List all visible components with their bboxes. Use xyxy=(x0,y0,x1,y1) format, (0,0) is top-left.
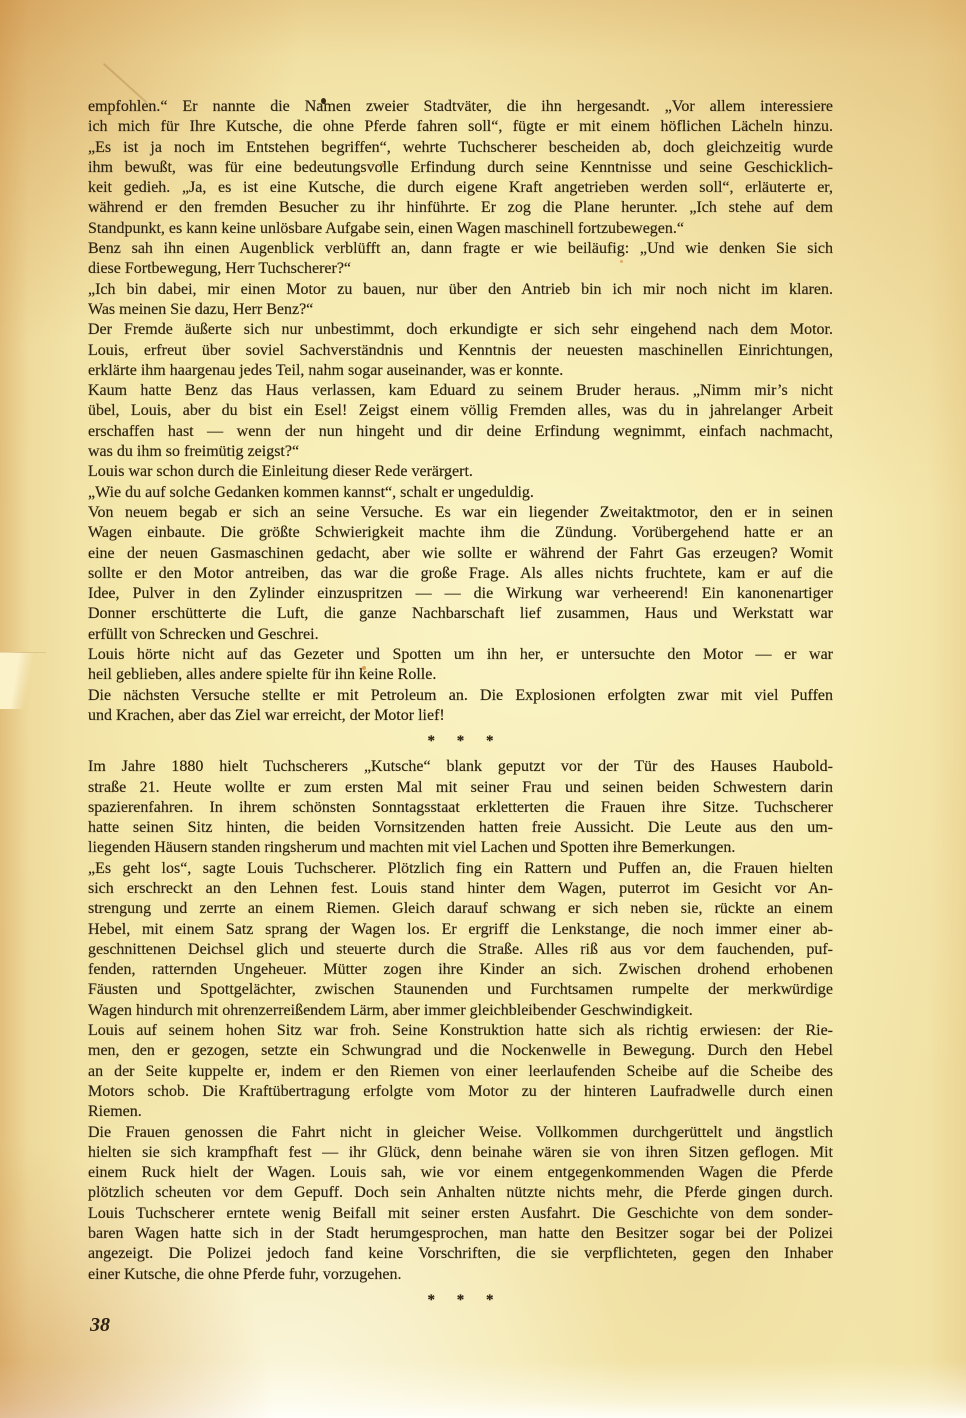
text-line: Louis, erfreut über soviel Sachverständn… xyxy=(88,341,833,361)
text-line: Louis hörte nicht auf das Gezeter und Sp… xyxy=(88,645,833,665)
text-line: Riemen. xyxy=(88,1102,833,1122)
text-line: Idee, Pulver in den Zylinder einzuspritz… xyxy=(88,584,833,604)
text-line: angezeigt. Die Polizei jedoch fand keine… xyxy=(88,1244,833,1264)
text-line: „Wie du auf solche Gedanken kommen kanns… xyxy=(88,483,833,503)
asterisk-separator-1: * * * xyxy=(88,732,833,750)
text-line: Was meinen Sie dazu, Herr Benz?“ xyxy=(88,300,833,320)
scanned-book-page: empfohlen.“ Er nannte die Namen zweier S… xyxy=(0,0,966,1418)
text-line: Hebel, mit einem Satz sprang der Wagen l… xyxy=(88,920,833,940)
text-line: empfohlen.“ Er nannte die Namen zweier S… xyxy=(88,97,833,117)
text-line: „Ich bin dabei, mir einen Motor zu bauen… xyxy=(88,280,833,300)
text-line: Der Fremde äußerte sich nur unbestimmt, … xyxy=(88,320,833,340)
text-line: Benz sah ihn einen Augenblick verblüfft … xyxy=(88,239,833,259)
text-line: „Es ist ja noch im Entstehen begriffen“,… xyxy=(88,138,833,158)
text-line: Im Jahre 1880 hielt Tuchscherers „Kutsch… xyxy=(88,757,833,777)
edge-tear xyxy=(0,652,46,709)
text-line: erschaffen hast — wenn der nun hingeht u… xyxy=(88,422,833,442)
text-line: an der Seite kuppelte er, indem er den R… xyxy=(88,1062,833,1082)
text-line: einer Kutsche, die ohne Pferde fuhr, vor… xyxy=(88,1265,833,1285)
text-line: keit gedieh. „Ja, es ist eine Kutsche, d… xyxy=(88,178,833,198)
text-line: straße 21. Heute wollte er zum ersten Ma… xyxy=(88,778,833,798)
text-line: erklärte ihm haargenau jedes Teil, nahm … xyxy=(88,361,833,381)
text-line: erfüllt von Schrecken und Geschrei. xyxy=(88,625,833,645)
text-line: ich mich für Ihre Kutsche, die ohne Pfer… xyxy=(88,117,833,137)
story-section-2: Im Jahre 1880 hielt Tuchscherers „Kutsch… xyxy=(88,757,833,1285)
story-section-1: empfohlen.“ Er nannte die Namen zweier S… xyxy=(88,97,833,726)
text-line: einem Ruck hielt der Wagen. Louis sah, w… xyxy=(88,1163,833,1183)
text-line: ihm bewußt, was für eine bedeutungsvolle… xyxy=(88,158,833,178)
text-line: strengung und zerrte an einem Riemen. Gl… xyxy=(88,899,833,919)
text-line: Louis auf seinem hohen Sitz war froh. Se… xyxy=(88,1021,833,1041)
text-line: hielten sie sich krampfhaft fest — ihr G… xyxy=(88,1143,833,1163)
text-line: Motors schob. Die Kraftübertragung erfol… xyxy=(88,1082,833,1102)
text-line: Louis war schon durch die Einleitung die… xyxy=(88,462,833,482)
text-line: plötzlich scheuten vor dem Gepuff. Doch … xyxy=(88,1183,833,1203)
text-line: Von neuem begab er sich an seine Versuch… xyxy=(88,503,833,523)
text-line: diese Fortbewegung, Herr Tuchscherer?“ xyxy=(88,259,833,279)
text-line: Fäusten und Spottgelächter, zwischen Sta… xyxy=(88,980,833,1000)
text-line: Kaum hatte Benz das Haus verlassen, kam … xyxy=(88,381,833,401)
text-line: liegenden Häusern standen ringsherum und… xyxy=(88,838,833,858)
text-line: was du ihm so freimütig zeigst?“ xyxy=(88,442,833,462)
text-line: und Krachen, aber das Ziel war erreicht,… xyxy=(88,706,833,726)
text-line: spazierenfahren. In ihrem schönsten Sonn… xyxy=(88,798,833,818)
text-line: während er den fremden Besucher zu ihr h… xyxy=(88,198,833,218)
page-number: 38 xyxy=(90,1314,110,1337)
text-line: sollte er den Motor antreiben, das war d… xyxy=(88,564,833,584)
text-line: heil geblieben, alles andere spielte für… xyxy=(88,665,833,685)
text-line: hatte seinen Sitz hinten, die beiden Vor… xyxy=(88,818,833,838)
text-line: Standpunkt, es kann keine unlösbare Aufg… xyxy=(88,219,833,239)
text-line: Wagen hindurch mit ohrenzerreißendem Lär… xyxy=(88,1001,833,1021)
text-block: empfohlen.“ Er nannte die Namen zweier S… xyxy=(88,97,833,1316)
text-line: „Es geht los“, sagte Louis Tuchscherer. … xyxy=(88,859,833,879)
text-line: Donner erschütterte die Luft, die ganze … xyxy=(88,604,833,624)
asterisk-separator-2: * * * xyxy=(88,1291,833,1309)
text-line: Die nächsten Versuche stellte er mit Pet… xyxy=(88,686,833,706)
text-line: sich erschreckt an den Lehnen fest. Loui… xyxy=(88,879,833,899)
text-line: Wagen einbaute. Die größte Schwierigkeit… xyxy=(88,523,833,543)
text-line: Louis Tuchscherer erntete wenig Beifall … xyxy=(88,1204,833,1224)
text-line: baren Wagen hatte sich in der Stadt heru… xyxy=(88,1224,833,1244)
text-line: men, den er gezogen, setzte ein Schwungr… xyxy=(88,1041,833,1061)
text-line: fenden, ratternden Ungeheuer. Mütter zog… xyxy=(88,960,833,980)
text-line: eine der neuen Gasmaschinen gedacht, abe… xyxy=(88,544,833,564)
text-line: Die Frauen genossen die Fahrt nicht in g… xyxy=(88,1123,833,1143)
text-line: geschnittenen Deichsel glich und steuert… xyxy=(88,940,833,960)
text-line: übel, Louis, aber du bist ein Esel! Zeig… xyxy=(88,401,833,421)
